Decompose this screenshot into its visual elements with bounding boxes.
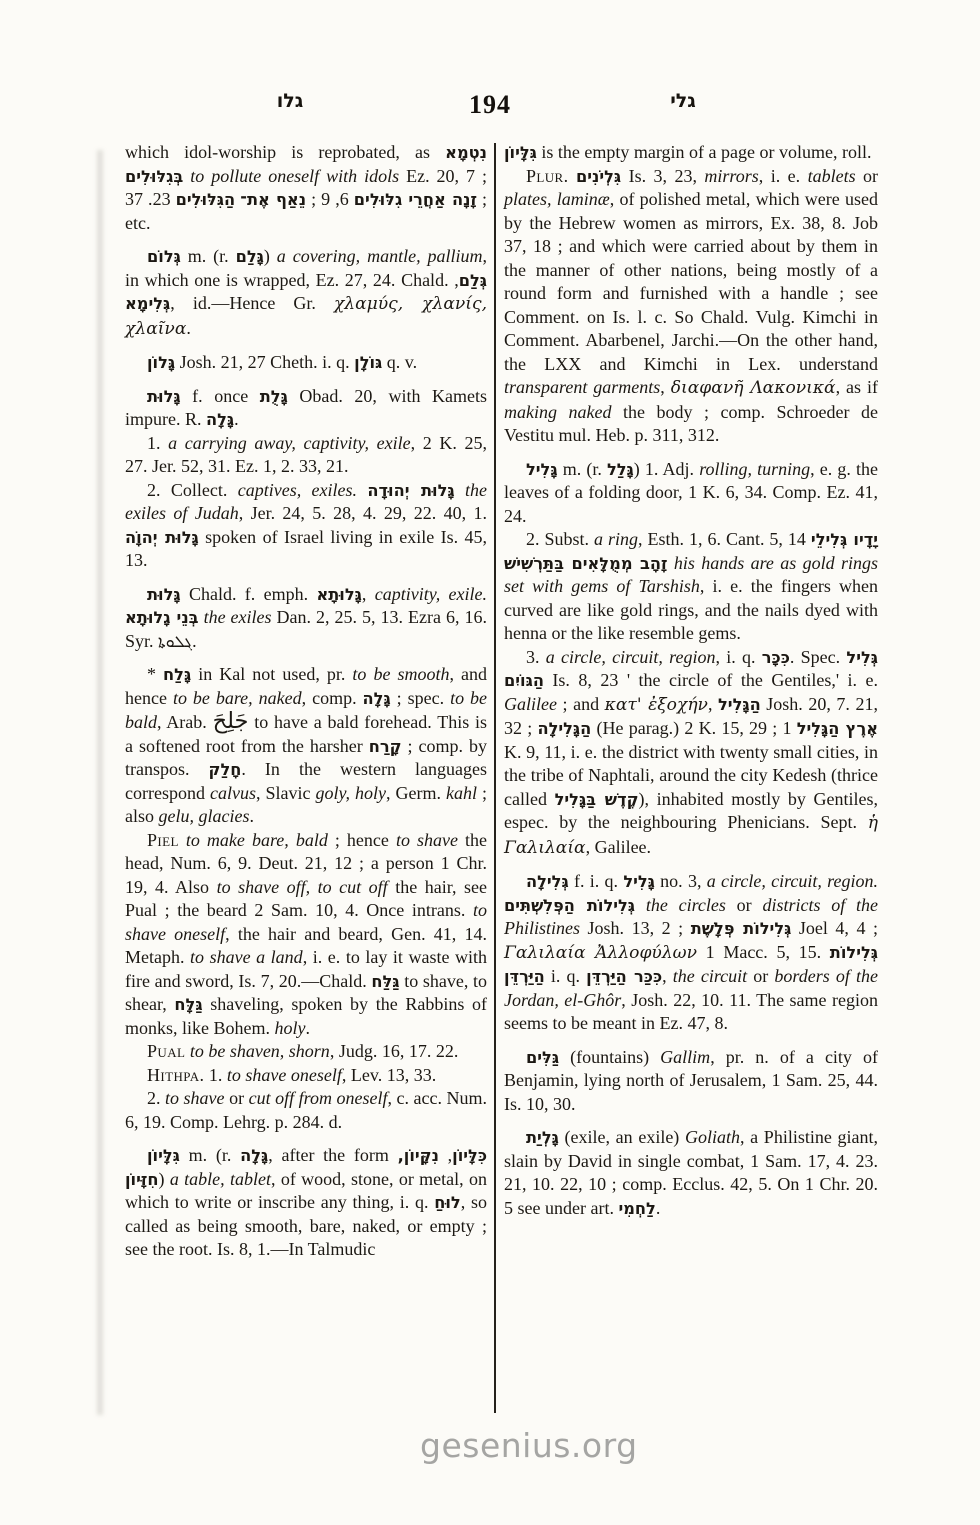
hebrew-run: גְּלִילָה xyxy=(526,872,569,891)
hebrew-run: גּוֹלָן xyxy=(354,353,382,372)
text-run: or xyxy=(856,166,878,186)
entry-paragraph: 2. Collect. captives, exiles. גָּלוּת יְ… xyxy=(125,479,487,573)
greek-run: διαφανῆ Λακονικά xyxy=(671,378,836,398)
greek-run: Γαλιλαία Ἀλλοφύλων xyxy=(504,943,697,963)
italic-run: captives, exiles. xyxy=(238,480,357,500)
hebrew-run: גָּלָה xyxy=(240,1146,268,1165)
italic-run: to be smooth xyxy=(352,664,449,684)
left-column: which idol-worship is reprobated, as נִט… xyxy=(125,141,487,1262)
text-run: , xyxy=(708,694,718,714)
hebrew-run: כִּכָּר xyxy=(762,648,790,667)
text-run: , Arab. xyxy=(157,712,213,732)
hebrew-run: גִּלָּיוֹן xyxy=(147,1146,180,1165)
text-run xyxy=(179,830,186,850)
text-run: 1. xyxy=(204,1065,227,1085)
entry-paragraph: גָּלְיַת (exile, an exile) Goliath, a Ph… xyxy=(504,1126,878,1220)
text-run: or xyxy=(747,966,774,986)
smallcaps-run: Plur. xyxy=(526,166,569,186)
entry-paragraph: * גָּלַח in Kal not used, pr. to be smoo… xyxy=(125,663,487,829)
entry-paragraph: Hithpa. 1. to shave oneself, Lev. 13, 33… xyxy=(125,1064,487,1088)
italic-run: Gallim xyxy=(660,1047,710,1067)
hebrew-run: גָּלִיל xyxy=(526,460,558,479)
entry-paragraph: Pual to be shaven, shorn, Judg. 16, 17. … xyxy=(125,1040,487,1064)
text-run: which idol-worship is reprobated, as xyxy=(125,142,445,162)
hebrew-run: גַּלִּים xyxy=(526,1048,559,1067)
watermark: gesenius.org xyxy=(420,1426,638,1465)
page-number: 194 xyxy=(0,90,980,120)
entry-paragraph: גִּלָּיוֹן is the empty margin of a page… xyxy=(504,141,878,165)
hebrew-run: גָּלוּתָא xyxy=(316,585,361,604)
text-run: , as if xyxy=(836,377,878,397)
hebrew-run: גַּלָּח xyxy=(174,995,202,1014)
hebrew-run: זָנָה אַחֲרֵי גִלּוּלִים xyxy=(354,190,477,209)
entry-paragraph: 1. a carrying away, captivity, exile, 2 … xyxy=(125,432,487,479)
text-run: m. (r. xyxy=(558,459,607,479)
hebrew-run: חָלַק xyxy=(209,760,242,779)
text-run: (He parag.) 2 K. 15, 29 ; xyxy=(591,718,782,738)
entry-paragraph: גָּלִיל m. (r. גָּלַל) 1. Adj. rolling, … xyxy=(504,458,878,529)
text-run: , id.—Hence Gr. xyxy=(170,293,334,313)
text-run: Chald. f. emph. xyxy=(181,584,317,604)
text-run: ; spec. xyxy=(391,688,450,708)
entry-paragraph: which idol-worship is reprobated, as נִט… xyxy=(125,141,487,235)
hebrew-run: גְּלִילוֹת פְּלָשֶׁת xyxy=(691,919,792,938)
italic-run: to be bare, naked xyxy=(173,688,302,708)
text-run: , i. e. xyxy=(759,166,808,186)
text-run xyxy=(455,480,465,500)
italic-run: making naked xyxy=(504,402,611,422)
right-column: גִּלָּיוֹן is the empty margin of a page… xyxy=(504,141,878,1220)
italic-run: a circle, circuit, region. xyxy=(707,871,878,891)
entry-paragraph: גָּלוּת f. once גָּלֻת Obad. 20, with Ka… xyxy=(125,385,487,432)
entry-paragraph: גָּלוֹן Josh. 21, 27 Cheth. i. q. גּוֹלָ… xyxy=(125,351,487,375)
entry-paragraph: 2. Subst. a ring, Esth. 1, 6. Cant. 5, 1… xyxy=(504,528,878,646)
text-run: 2. Collect. xyxy=(147,480,238,500)
hebrew-run: גְּלוֹם xyxy=(147,247,181,266)
italic-run: Goliath xyxy=(685,1127,740,1147)
hebrew-run: לוּחַ xyxy=(434,1193,460,1212)
hebrew-run: נֵאַף אֶת־ xyxy=(240,190,306,209)
hebrew-run: הַגִּלּוּלִים xyxy=(176,190,236,209)
hebrew-run: גָּלְיַת xyxy=(526,1128,559,1147)
text-run: ) xyxy=(158,1169,169,1189)
text-run: . xyxy=(656,1198,661,1218)
hebrew-run: בְּנֵי גָלוּתָא xyxy=(125,608,199,627)
hebrew-run: הַגָּלִיל xyxy=(718,695,761,714)
text-run: , comp. xyxy=(302,688,363,708)
text-run: . Spec. xyxy=(790,647,847,667)
text-run: 3. xyxy=(526,647,546,667)
arabic-run: جَلِحَ xyxy=(213,708,249,734)
hebrew-run: גָּלִיל xyxy=(623,872,655,891)
italic-run: transparent garments xyxy=(504,377,660,397)
text-run: f. once xyxy=(181,386,260,406)
hebrew-run: קֶדֶשׁ בַּגָּלִיל xyxy=(555,790,639,809)
hebrew-run: כִּכַּר הַיַּרְדֵּן xyxy=(586,967,662,986)
smallcaps-run: Hithpa. xyxy=(147,1065,204,1085)
hebrew-run: גְּלִימָא xyxy=(125,294,170,313)
hebrew-run: גָּלוּת xyxy=(147,585,181,604)
entry-paragraph: 3. a circle, circuit, region, i. q. כִּכ… xyxy=(504,646,878,861)
entry-paragraph: גִּלָּיוֹן m. (r. גָּלָה, after the form… xyxy=(125,1144,487,1262)
text-run: (exile, an exile) xyxy=(559,1127,685,1147)
italic-run: a covering, mantle, pallium xyxy=(277,246,483,266)
running-head: גלו 194 גלי xyxy=(0,90,980,130)
greek-run: κατ' ἐξοχήν xyxy=(605,695,708,715)
entry-paragraph: Piel to make bare, bald ; hence to shave… xyxy=(125,829,487,1041)
text-run: Ez. 20, 7 ; xyxy=(399,166,487,186)
text-run: q. v. xyxy=(382,352,417,372)
hebrew-run: גָּלַל xyxy=(607,460,634,479)
text-run: in Kal not used, pr. xyxy=(191,664,352,684)
text-run: , xyxy=(439,1145,452,1165)
italic-run: to pollute oneself with idols xyxy=(183,166,399,186)
hebrew-run: כִּלָּיוֹן xyxy=(452,1146,487,1165)
italic-run: mirrors xyxy=(704,166,758,186)
text-run: . xyxy=(186,318,191,338)
entry-paragraph: 2. to shave or cut off from oneself, c. … xyxy=(125,1087,487,1134)
text-run: no. 3, xyxy=(655,871,707,891)
italic-run: to shave oneself xyxy=(227,1065,342,1085)
hebrew-run: גָּלֻת xyxy=(260,387,288,406)
hebrew-run: גִּלְיֹנִים xyxy=(576,167,621,186)
italic-run: to shave off, to cut off xyxy=(217,877,388,897)
hebrew-run: הַגָּלִילָה xyxy=(537,719,591,738)
entry-paragraph: גָּלוּת Chald. f. emph. גָּלוּתָא, capti… xyxy=(125,583,487,654)
entry-paragraph: גְּלִילָה f. i. q. גָּלִיל no. 3, a circ… xyxy=(504,870,878,1036)
syriac-run: ܓܠܘܬܐ xyxy=(158,632,192,651)
italic-run: to be shaven, shorn xyxy=(190,1041,330,1061)
text-run: . xyxy=(234,409,239,429)
italic-run: the exiles xyxy=(204,607,272,627)
italic-run: to shave xyxy=(396,830,458,850)
text-run: 2. xyxy=(147,1088,165,1108)
text-run: 1. xyxy=(147,433,168,453)
italic-run: tablets xyxy=(808,166,856,186)
hebrew-run: לַחְמִי xyxy=(618,1199,655,1218)
italic-run: to shave a land xyxy=(190,947,303,967)
text-run: m. (r. xyxy=(180,1145,240,1165)
text-run: i. q. xyxy=(545,966,586,986)
italic-run: kahl xyxy=(446,783,477,803)
text-run: , xyxy=(662,966,673,986)
text-run: or xyxy=(726,895,763,915)
italic-run: cut off from oneself xyxy=(249,1088,388,1108)
text-run xyxy=(357,480,367,500)
hebrew-run: גָּלוּת יְהוּדָה xyxy=(367,481,454,500)
text-run: Josh. 13, 2 ; xyxy=(580,918,691,938)
text-run: Josh. 21, 27 Cheth. i. q. xyxy=(175,352,354,372)
hebrew-run: גָּלוּת xyxy=(147,387,181,406)
italic-run: Galilee xyxy=(504,694,557,714)
text-run: , Jer. 24, 5. 28, 4. 29, 22. 40, 1. xyxy=(239,503,487,523)
text-run: * xyxy=(147,664,163,684)
text-run: . xyxy=(192,631,197,651)
hebrew-run: גְּלִילוֹת הַפְּלִשְׁתִּים xyxy=(504,896,635,915)
text-run: ; hence xyxy=(328,830,396,850)
text-run: 6, 9 ; xyxy=(306,189,354,209)
text-run: is the empty margin of a page or volume,… xyxy=(537,142,872,162)
text-run: ) xyxy=(264,246,277,266)
italic-run: to make bare, bald xyxy=(186,830,328,850)
text-run: or xyxy=(225,1088,249,1108)
italic-run: gelu, glacies xyxy=(159,806,250,826)
text-run xyxy=(569,166,576,186)
italic-run: captivity, exile. xyxy=(375,584,487,604)
italic-run: the circles xyxy=(646,895,726,915)
text-run: , Judg. 16, 17. 22. xyxy=(330,1041,459,1061)
running-head-right-hebrew: גלי xyxy=(628,90,738,112)
text-run: , of polished metal, which were used by … xyxy=(504,189,878,374)
text-run: Joel 4, 4 ; xyxy=(791,918,878,938)
text-run: 2. Subst. xyxy=(526,529,594,549)
text-run: , xyxy=(660,377,670,397)
entry-paragraph: Plur. גִּלְיֹנִים Is. 3, 23, mirrors, i.… xyxy=(504,165,878,448)
text-run: , xyxy=(362,584,375,604)
hebrew-run: גִּלָּיוֹן xyxy=(504,143,537,162)
hebrew-run: קָרַח xyxy=(369,737,402,756)
entry-paragraph: גַּלִּים (fountains) Gallim, pr. n. of a… xyxy=(504,1046,878,1117)
text-run: ; and xyxy=(557,694,605,714)
hebrew-run: גָּלוֹן xyxy=(147,353,175,372)
italic-run: calvus xyxy=(210,783,256,803)
text-run: f. i. q. xyxy=(569,871,624,891)
text-run: , Galilee. xyxy=(586,837,651,857)
italic-run: rolling, turning xyxy=(699,459,810,479)
hebrew-run: גָּלַח xyxy=(163,665,191,684)
hebrew-run: גָּלָה xyxy=(363,689,391,708)
text-run: . xyxy=(306,1018,311,1038)
smallcaps-run: Pual xyxy=(147,1041,185,1061)
hebrew-run: גְּלַם xyxy=(459,271,487,290)
italic-run: a table, tablet xyxy=(170,1169,271,1189)
text-run: , after the form xyxy=(268,1145,397,1165)
italic-run: a carrying away, captivity, exile xyxy=(168,433,410,453)
text-run: 1 Macc. 5, 15. xyxy=(697,942,830,962)
italic-run: a ring xyxy=(594,529,638,549)
text-run xyxy=(635,895,646,915)
text-run: . xyxy=(249,806,254,826)
italic-run: a circle, circuit, region xyxy=(546,647,716,667)
hebrew-run: גָּלוּת יְהוָֹה xyxy=(125,528,199,547)
italic-run: goly, holy xyxy=(315,783,386,803)
hebrew-run: גַּלַּח xyxy=(371,972,399,991)
italic-run: holy xyxy=(275,1018,306,1038)
text-run: (fountains) xyxy=(559,1047,660,1067)
italic-run: plates, laminæ xyxy=(504,189,610,209)
text-run: , Germ. xyxy=(386,783,446,803)
entry-paragraph: גְּלוֹם m. (r. גָּלַם) a covering, mantl… xyxy=(125,245,487,341)
hebrew-run: אֶרֶץ הַגָּלִיל xyxy=(797,719,878,738)
text-run: , Esth. 1, 6. Cant. 5, 14 xyxy=(638,529,811,549)
text-run: , Slavic xyxy=(256,783,316,803)
italic-run: to shave xyxy=(165,1088,225,1108)
scan-gutter-shadow xyxy=(97,150,103,1415)
text-run: Is. 3, 23, xyxy=(621,166,704,186)
text-run: , i. q. xyxy=(716,647,762,667)
hebrew-run: גָּלַם xyxy=(236,247,264,266)
smallcaps-run: Piel xyxy=(147,830,179,850)
text-run: Is. 8, 23 ' the circle of the Gentiles,'… xyxy=(544,670,878,690)
italic-run: the circuit xyxy=(673,966,747,986)
text-run: , Lev. 13, 33. xyxy=(342,1065,436,1085)
column-divider xyxy=(494,143,496,1413)
text-run: m. (r. xyxy=(181,246,236,266)
text-run: ) 1. Adj. xyxy=(634,459,699,479)
scanned-page: גלו 194 גלי which idol-worship is reprob… xyxy=(0,0,980,1525)
hebrew-run: גָּלָה xyxy=(206,410,234,429)
